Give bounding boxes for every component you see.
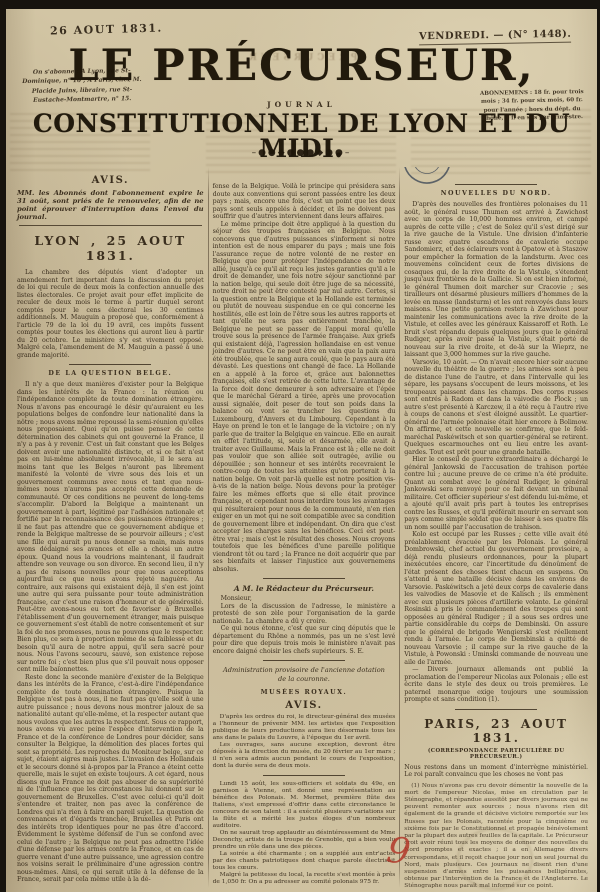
paragraph: D'après les ordres du roi, le directeur-…	[213, 714, 396, 742]
paragraph: Varsovie, 10 août. — On n'avait encore h…	[404, 359, 588, 457]
ornament-divider: –●●◆●●●◆●●–	[6, 148, 597, 158]
paragraph: Lundi 15 août, les sous-officiers et sol…	[213, 781, 396, 830]
footnote: (1) Nous n'avons pas cru devoir démentir…	[404, 783, 588, 889]
divider-rule	[263, 660, 345, 661]
paragraph: Nous restons dans un moment d'interrègne…	[404, 764, 588, 779]
lyon-dateline: LYON , 25 AOUT 1831.	[17, 233, 204, 263]
divider-rule	[263, 578, 345, 579]
letter-heading: A M. le Rédacteur du Précurseur.	[213, 584, 396, 593]
nouvelles-du-nord-heading: NOUVELLES DU NORD.	[404, 190, 588, 197]
paragraph: La soirée a été charmante ; on a suppléé…	[213, 851, 396, 872]
library-stamp: BIBLIOTHÈQUE DE LA VILLE LYON	[400, 167, 457, 190]
paragraph: Le même principe doit être appliqué à la…	[213, 221, 396, 574]
subscription-rates-notice: ABONNEMENS : 18 fr. pour trois mois ; 34…	[473, 88, 592, 124]
paragraph: La chambre des députés vient d'adopter u…	[17, 269, 204, 359]
newspaper-page: PRECURSEUR 26 AOUT 1831. VENDREDI. — (N°…	[6, 9, 597, 892]
administration-heading: Administration provisoire de l'ancienne …	[223, 666, 386, 684]
musees-royaux-heading: MUSÉES ROYAUX.	[213, 689, 396, 696]
paragraph: Hier le conseil de guerre extraordinaire…	[404, 456, 588, 531]
newspaper-scan: { "page": { "date_stamp": "26 AOUT 1831.…	[0, 0, 600, 892]
paragraph: Malgré la petitesse du local, la recette…	[213, 872, 396, 886]
divider-rule	[455, 709, 537, 710]
divider-rule	[69, 364, 151, 365]
paragraph: D'après des nouvelles des frontières pol…	[404, 201, 588, 359]
paragraph: Reste donc la seconde manière d'exister …	[17, 674, 204, 884]
column-left: AVIS.MM. les Abonnés dont l'abonnement e…	[13, 167, 208, 888]
stamp-ring-text: BIBLIOTHÈQUE DE LA VILLE	[400, 167, 450, 168]
svg-text:BIBLIOTHÈQUE DE LA VILLE: BIBLIOTHÈQUE DE LA VILLE	[400, 167, 450, 168]
issue-date-stamp: 26 AOUT 1831.	[50, 22, 163, 38]
divider-rule	[455, 184, 537, 185]
avis-paragraph: MM. les Abonnés dont l'abonnement expire…	[17, 189, 204, 221]
divider-rule	[263, 775, 345, 776]
paragraph: Ce qui nous étonne, c'est que sur cinq d…	[213, 625, 396, 655]
avis-heading-2: AVIS.	[213, 700, 396, 711]
correspondance-subheading: (CORRESPONDANCE PARTICULIÈRE DU PRÉCURSE…	[404, 748, 588, 760]
divider-rule	[19, 225, 202, 226]
paragraph: — Divers journaux allemands ont publié l…	[404, 666, 588, 704]
letter-salutation: Monsieur,	[213, 595, 396, 603]
question-belge-heading: DE LA QUESTION BELGE.	[17, 370, 204, 377]
avis-heading: AVIS.	[17, 175, 204, 186]
article-columns: AVIS.MM. les Abonnés dont l'abonnement e…	[13, 167, 592, 888]
paragraph: Il n'y a que deux manières d'exister pou…	[17, 381, 204, 674]
paragraph: fense de la Belgique. Voilà le principe …	[213, 183, 396, 221]
paragraph: Les ouvrages, sans aucune exception, dev…	[213, 742, 396, 770]
paragraph: Lors de la discussion de l'adresse, le m…	[213, 603, 396, 626]
paragraph: Kolo est occupé par les Russes ; cette v…	[404, 531, 588, 666]
column-middle: fense de la Belgique. Voilà le principe …	[209, 167, 400, 888]
column-right: BIBLIOTHÈQUE DE LA VILLE LYON NOUVELLES …	[400, 167, 592, 888]
paris-dateline: PARIS, 23 AOUT 1831.	[404, 717, 588, 745]
newspaper-title: LE PRÉCURSEUR,	[6, 45, 597, 88]
paragraph: On ne saurait trop applaudir au désintér…	[213, 830, 396, 851]
